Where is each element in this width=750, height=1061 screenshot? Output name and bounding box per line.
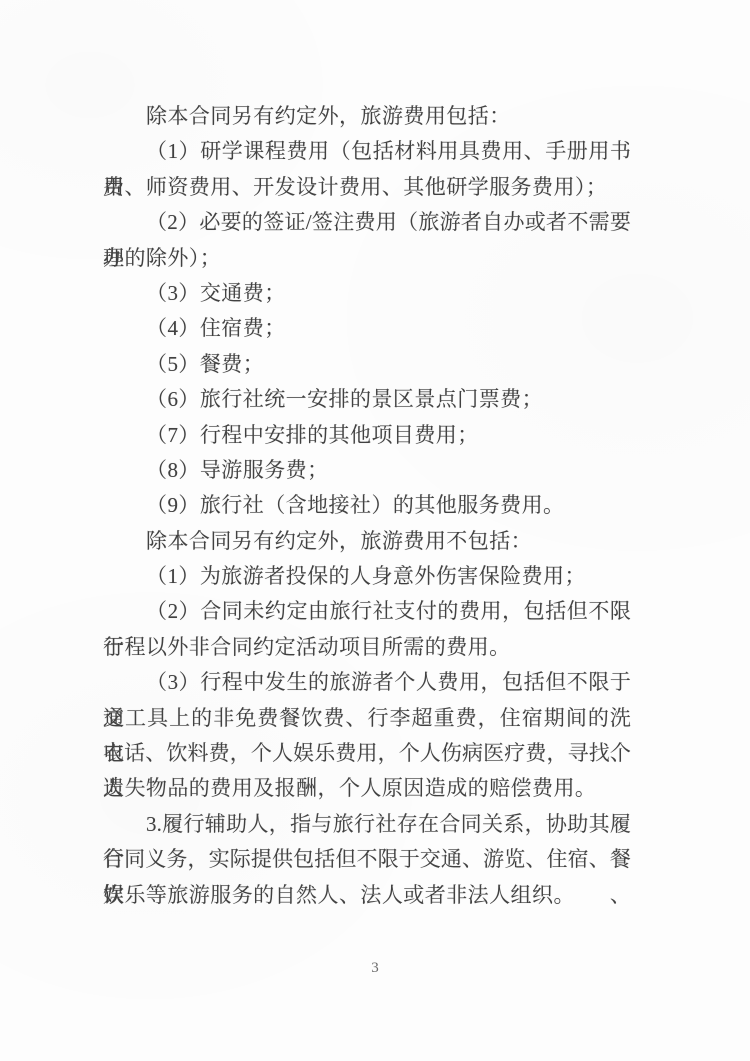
text-line: 除本合同另有约定外，旅游费用包括： <box>103 99 631 134</box>
text-line: 电话、饮料费，个人娱乐费用，个人伤病医疗费，寻找个人 <box>103 736 631 771</box>
text-line: （2）合同未约定由旅行社支付的费用，包括但不限于 <box>103 594 631 629</box>
text-line: 用、师资费用、开发设计费用、其他研学服务费用）； <box>103 170 631 205</box>
text-line: 行程以外非合同约定活动项目所需的费用。 <box>103 630 631 665</box>
text-line: 合同义务，实际提供包括但不限于交通、游览、住宿、餐饮、 <box>103 842 631 877</box>
text-line: （6）旅行社统一安排的景区景点门票费； <box>103 382 631 417</box>
document-page: 除本合同另有约定外，旅游费用包括： （1）研学课程费用（包括材料用具费用、手册用… <box>0 0 750 1061</box>
text-line: 除本合同另有约定外，旅游费用不包括： <box>103 524 631 559</box>
text-line: （2）必要的签证/签注费用（旅游者自办或者不需要办 <box>103 205 631 240</box>
text-line: （5）餐费； <box>103 347 631 382</box>
contract-text-block: 除本合同另有约定外，旅游费用包括： （1）研学课程费用（包括材料用具费用、手册用… <box>103 99 631 913</box>
text-line: （3）行程中发生的旅游者个人费用，包括但不限于交 <box>103 665 631 700</box>
text-line: 遗失物品的费用及报酬，个人原因造成的赔偿费用。 <box>103 771 631 806</box>
text-line: 通工具上的非免费餐饮费、行李超重费，住宿期间的洗衣、 <box>103 701 631 736</box>
text-line: （8）导游服务费； <box>103 453 631 488</box>
page-number: 3 <box>0 958 750 978</box>
text-line: 娱乐等旅游服务的自然人、法人或者非法人组织。 <box>103 878 631 913</box>
text-line: 理的除外）； <box>103 241 631 276</box>
text-line: （1）研学课程费用（包括材料用具费用、手册用书费 <box>103 134 631 169</box>
text-line: （1）为旅游者投保的人身意外伤害保险费用； <box>103 559 631 594</box>
text-line: （4）住宿费； <box>103 311 631 346</box>
text-line: （7）行程中安排的其他项目费用； <box>103 418 631 453</box>
text-line: （3）交通费； <box>103 276 631 311</box>
text-line: 3.履行辅助人，指与旅行社存在合同关系，协助其履行 <box>103 807 631 842</box>
text-line: （9）旅行社（含地接社）的其他服务费用。 <box>103 488 631 523</box>
